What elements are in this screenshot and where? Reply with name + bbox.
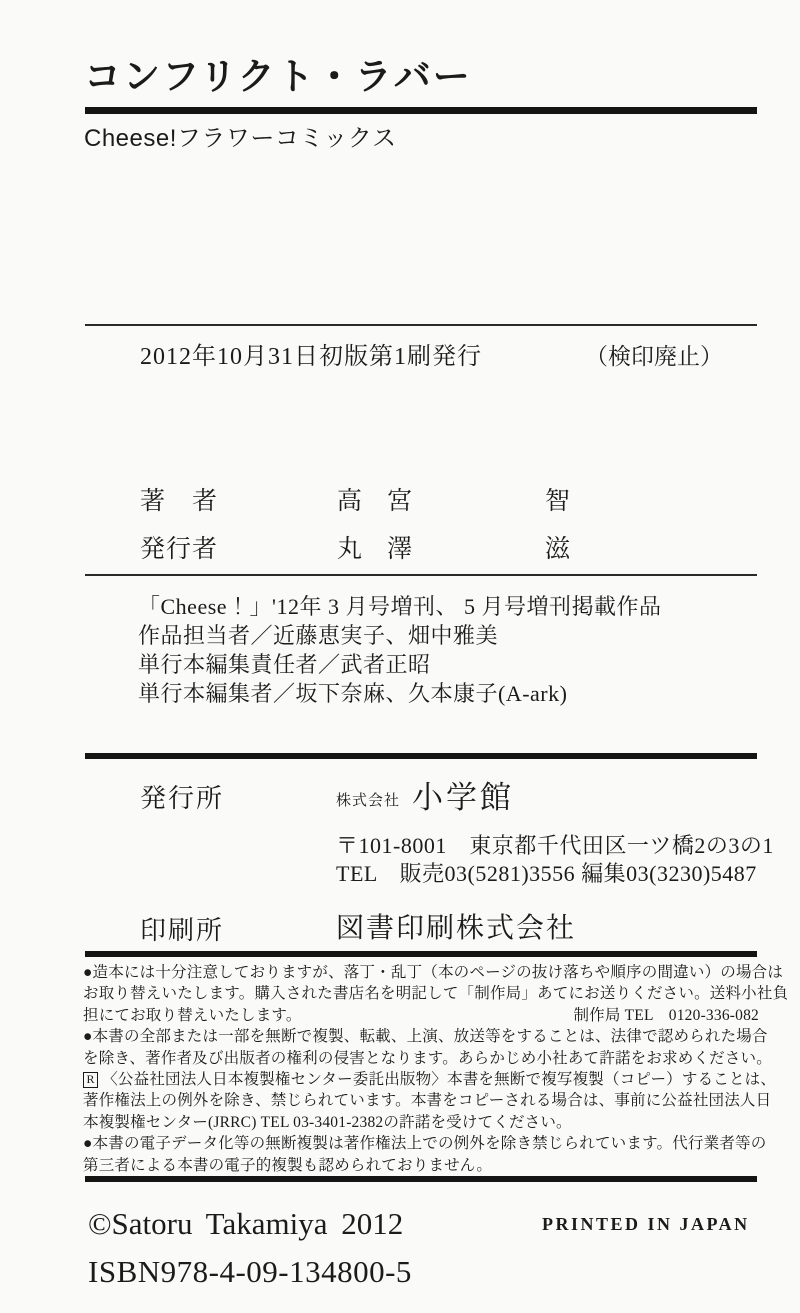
divider-above-edition: [85, 324, 757, 326]
serialization-source-line: 「Cheese！」'12年 3 月号増刊、 5 月号増刊掲載作品: [138, 592, 662, 621]
binding-notice-line: お取り替えいたします。購入された書店名を明記して「制作局」あてにお送りください。…: [83, 983, 759, 1004]
digital-copy-notice-line: 第三者による本書の電子的複製も認められておりません。: [83, 1155, 759, 1176]
author-given-name: 智: [545, 481, 570, 517]
printer-label: 印刷所: [140, 910, 224, 947]
imprint-label: Cheese!フラワーコミックス: [84, 118, 397, 153]
publisher-family-name: 丸 澤: [337, 529, 412, 565]
inspection-abolished-note: （検印廃止）: [585, 338, 723, 371]
divider-above-publisher: [85, 753, 757, 759]
author-family-name: 高 宮: [337, 481, 412, 517]
binding-notice-line: 担にてお取り替えいたします。 制作局 TEL 0120-336-082: [83, 1005, 759, 1026]
book-title: コンフリクト・ラバー: [84, 57, 472, 98]
title-rule: [85, 107, 757, 114]
jrrc-notice-line: R〈公益社団法人日本複製権センター委託出版物〉本書を無断で複写複製（コピー）する…: [83, 1069, 759, 1090]
jrrc-notice-line: 本複製権センター(JRRC) TEL 03-3401-2382の許諾を受けてくだ…: [83, 1112, 759, 1133]
divider-below-credits: [85, 574, 757, 576]
publishing-office-label: 発行所: [140, 778, 224, 815]
copyright-notice-line: ●本書の全部または一部を無断で複製、転載、上演、放送等をすることは、法律で認めら…: [83, 1026, 759, 1047]
copyright-notice-line: を除き、著作者及び出版者の権利の侵害となります。あらかじめ小社あて許諾をお求めく…: [83, 1048, 759, 1069]
legal-notices: ●造本には十分注意しておりますが、落丁・乱丁（本のページの抜け落ちや順序の間違い…: [83, 962, 759, 1176]
serialization-credits: 「Cheese！」'12年 3 月号増刊、 5 月号増刊掲載作品 作品担当者／近…: [138, 592, 662, 708]
volume-editors-line: 単行本編集者／坂下奈麻、久本康子(A-ark): [138, 679, 662, 708]
binding-notice-line: ●造本には十分注意しておりますが、落丁・乱丁（本のページの抜け落ちや順序の間違い…: [83, 962, 759, 983]
chief-editor-line: 単行本編集責任者／武者正昭: [138, 650, 662, 679]
edition-date-line: 2012年10月31日初版第1刷発行: [140, 336, 482, 371]
jrrc-notice-text: 〈公益社団法人日本複製権センター委託出版物〉本書を無断で複写複製（コピー）するこ…: [102, 1071, 776, 1088]
colophon-page: コンフリクト・ラバー Cheese!フラワーコミックス 2012年10月31日初…: [0, 0, 800, 1313]
printed-in-japan-label: PRINTED IN JAPAN: [542, 1214, 750, 1235]
printer-name: 図書印刷株式会社: [336, 906, 576, 946]
binding-notice-end: 担にてお取り替えいたします。: [83, 1005, 302, 1026]
work-staff-line: 作品担当者／近藤恵実子、畑中雅美: [138, 621, 662, 650]
isbn-number: ISBN978-4-09-134800-5: [88, 1254, 412, 1290]
publisher-phone-numbers: TEL 販売03(5281)3556 編集03(3230)5487: [336, 857, 757, 888]
company-prefix: 株式会社: [336, 789, 400, 810]
production-bureau-tel: 制作局 TEL 0120-336-082: [573, 1005, 759, 1026]
divider-above-legal: [85, 951, 757, 957]
publisher-given-name: 滋: [545, 529, 570, 565]
copyright-line: ©Satoru Takamiya 2012: [88, 1206, 403, 1242]
publisher-label: 発行者: [140, 529, 218, 565]
publisher-address: 〒101-8001 東京都千代田区一ツ橋2の3の1: [336, 829, 774, 860]
author-label: 著 者: [140, 481, 218, 517]
digital-copy-notice-line: ●本書の電子データ化等の無断複製は著作権法上での例外を除き禁じられています。代行…: [83, 1133, 759, 1154]
company-name: 小学館: [412, 772, 514, 817]
jrrc-notice-line: 著作権法上の例外を除き、禁じられています。本書をコピーされる場合は、事前に公益社…: [83, 1090, 759, 1111]
divider-below-legal: [85, 1176, 757, 1182]
registered-r-icon: R: [83, 1072, 98, 1088]
